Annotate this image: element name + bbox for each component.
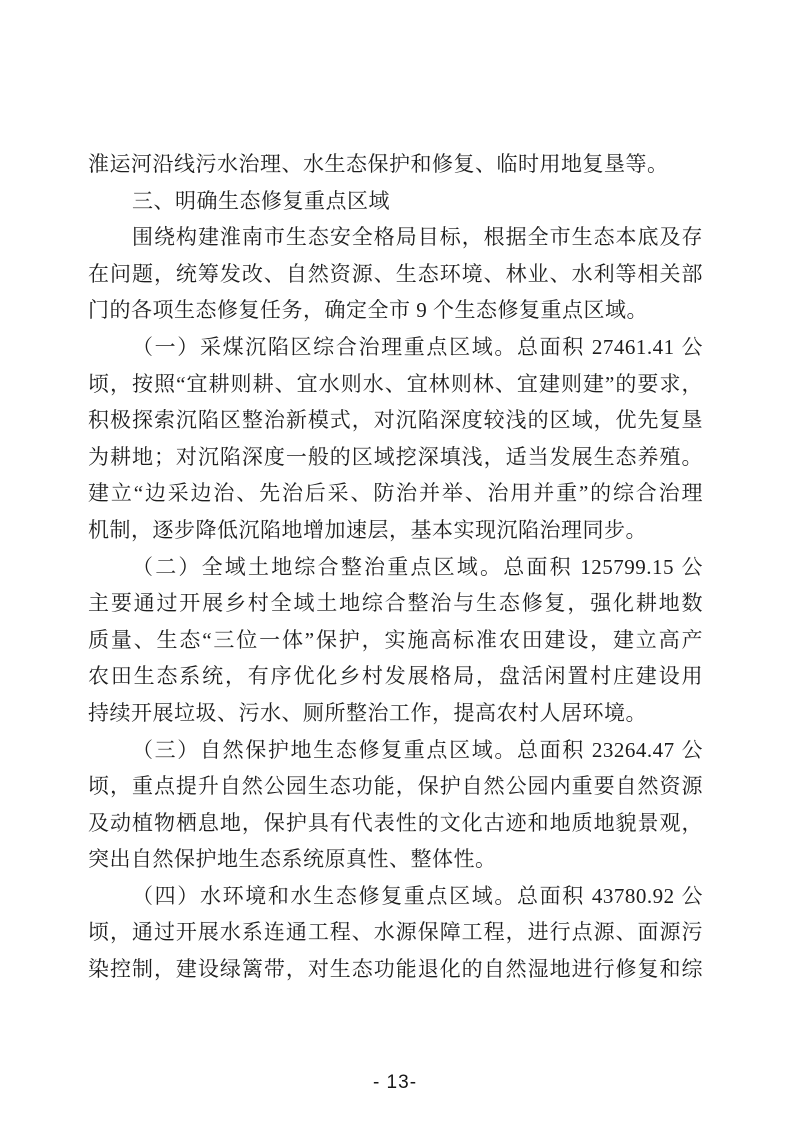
text-line: 围绕构建淮南市生态安全格局目标，根据全市生态本底及存 — [88, 219, 703, 256]
text-line: 及动植物栖息地，保护具有代表性的文化古迹和地质地貌景观， — [88, 805, 703, 842]
text-line: 农田生态系统，有序优化乡村发展格局，盘活闲置村庄建设用地， — [88, 658, 703, 695]
document-page: 淮运河沿线污水治理、水生态保护和修复、临时用地复垦等。 三、明确生态修复重点区域… — [0, 0, 794, 1123]
text-line: 突出自然保护地生态系统原真性、整体性。 — [88, 841, 703, 878]
text-line: 门的各项生态修复任务，确定全市 9 个生态修复重点区域。 — [88, 292, 703, 329]
text-line: 顷，重点提升自然公园生态功能，保护自然公园内重要自然资源 — [88, 768, 703, 805]
text-line: 持续开展垃圾、污水、厕所整治工作，提高农村人居环境。 — [88, 695, 703, 732]
section-heading: 三、明确生态修复重点区域 — [88, 183, 703, 220]
text-line: 质量、生态“三位一体”保护，实施高标准农田建设，建立高产 — [88, 622, 703, 659]
text-line: 建立“边采边治、先治后采、防治并举、治用并重”的综合治理 — [88, 475, 703, 512]
text-line: （二）全域土地综合整治重点区域。总面积 125799.15 公顷， — [88, 549, 703, 586]
text-line: 为耕地；对沉陷深度一般的区域挖深填浅，适当发展生态养殖。 — [88, 439, 703, 476]
text-line: （四）水环境和水生态修复重点区域。总面积 43780.92 公 — [88, 878, 703, 915]
text-line: 顷，按照“宜耕则耕、宜水则水、宜林则林、宜建则建”的要求， — [88, 366, 703, 403]
text-line: 淮运河沿线污水治理、水生态保护和修复、临时用地复垦等。 — [88, 146, 703, 183]
text-line: 顷，通过开展水系连通工程、水源保障工程，进行点源、面源污 — [88, 914, 703, 951]
text-line: 染控制，建设绿篱带，对生态功能退化的自然湿地进行修复和综 — [88, 951, 703, 988]
page-number: - 13- — [0, 1072, 790, 1094]
text-line: （三）自然保护地生态修复重点区域。总面积 23264.47 公 — [88, 732, 703, 769]
document-body: 淮运河沿线污水治理、水生态保护和修复、临时用地复垦等。 三、明确生态修复重点区域… — [88, 146, 703, 988]
text-line: （一）采煤沉陷区综合治理重点区域。总面积 27461.41 公 — [88, 329, 703, 366]
text-line: 主要通过开展乡村全域土地综合整治与生态修复，强化耕地数量、 — [88, 585, 703, 622]
text-line: 在问题，统筹发改、自然资源、生态环境、林业、水利等相关部 — [88, 256, 703, 293]
text-line: 机制，逐步降低沉陷地增加速层，基本实现沉陷治理同步。 — [88, 512, 703, 549]
text-line: 积极探索沉陷区整治新模式，对沉陷深度较浅的区域，优先复垦 — [88, 402, 703, 439]
